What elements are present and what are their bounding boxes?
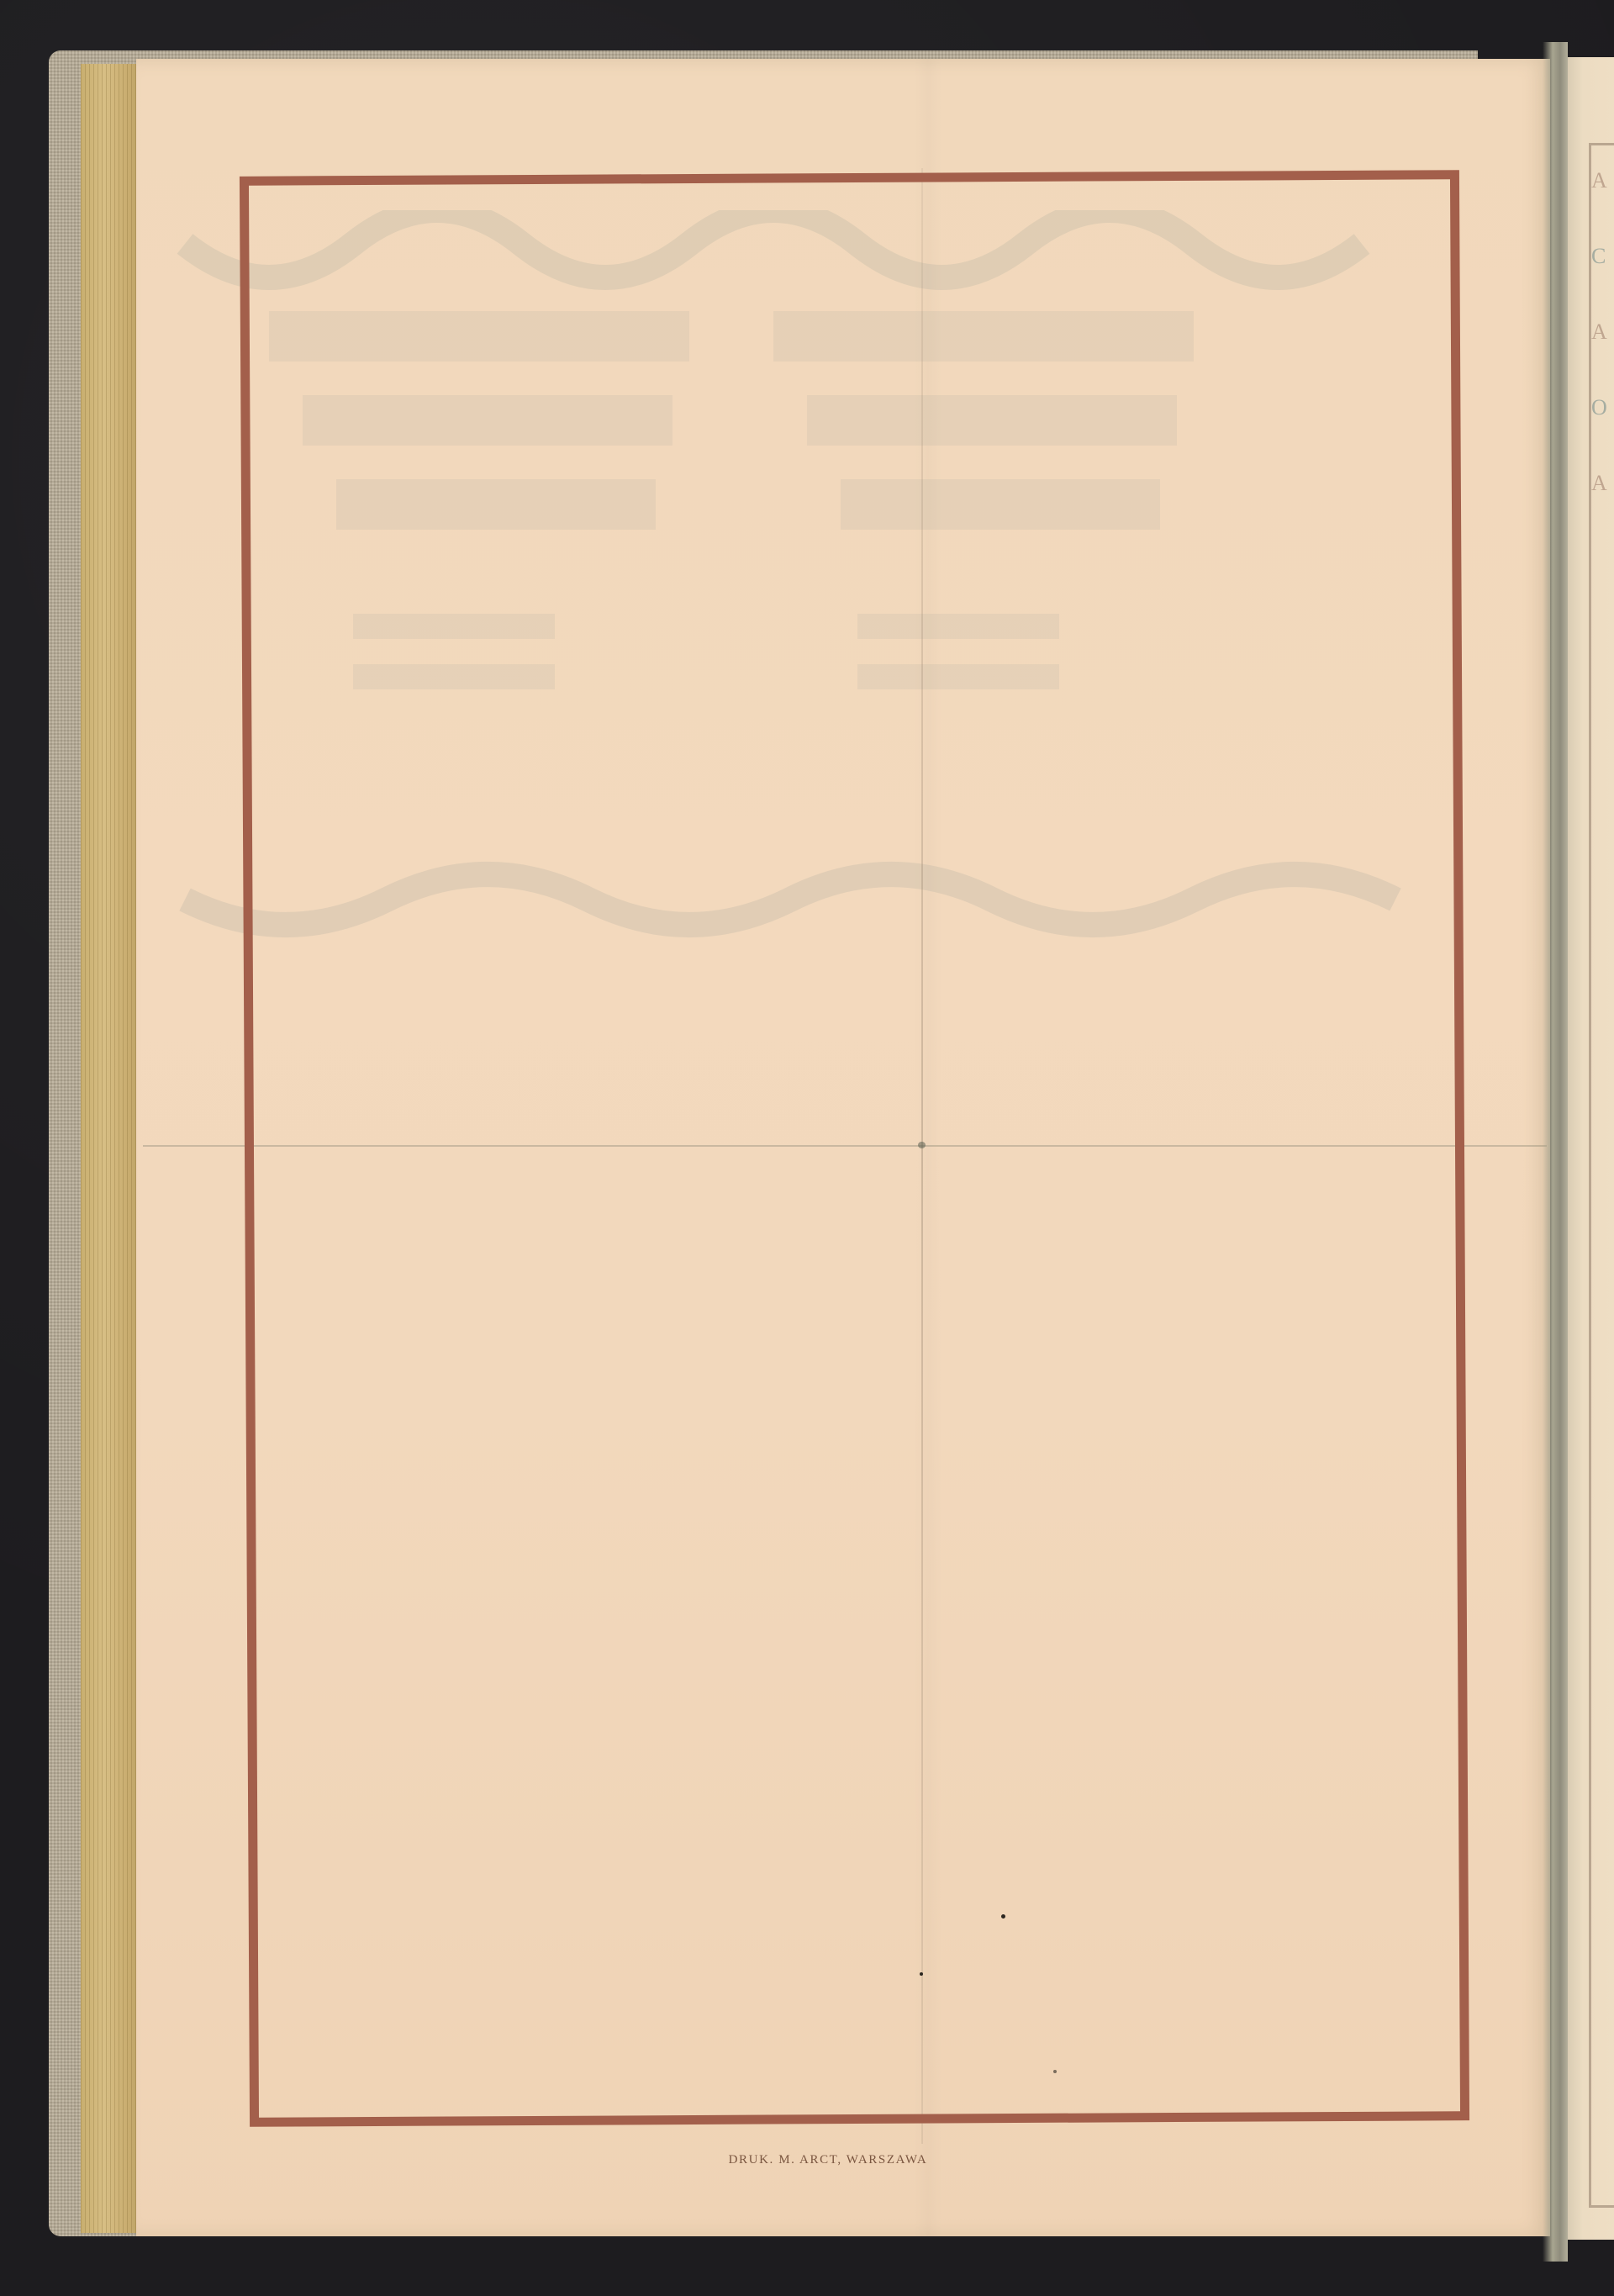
decorative-border-frame	[240, 170, 1469, 2127]
next-page-letter: A	[1591, 471, 1614, 496]
next-page-letter: A	[1591, 319, 1614, 345]
next-page-letter: O	[1591, 395, 1614, 420]
next-page-fragment: A C A O A	[1591, 168, 1614, 496]
gilt-page-edges	[81, 64, 140, 2233]
paper-speck	[1053, 2070, 1057, 2073]
paper-speck	[1001, 1914, 1005, 1919]
book-gutter	[1543, 42, 1568, 2262]
paper-speck	[920, 1972, 923, 1976]
next-page-letter: C	[1591, 244, 1614, 269]
next-page-letter: A	[1591, 168, 1614, 193]
printer-imprint: DRUK. M. ARCT, WARSZAWA	[0, 2153, 1614, 2167]
